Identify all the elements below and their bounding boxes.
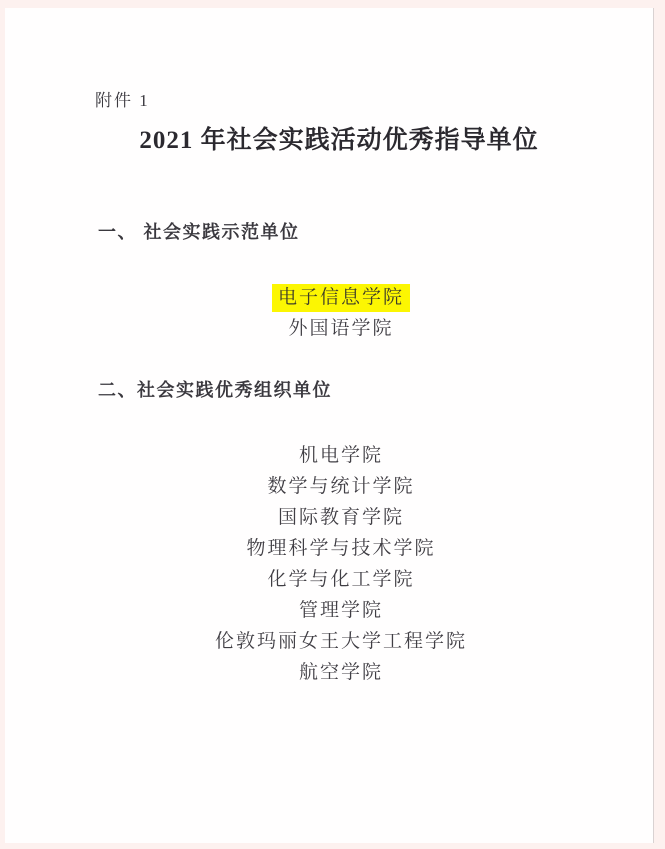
section: 一、 社会实践示范单位 电子信息学院 外国语学院 xyxy=(5,222,653,344)
list-item: 机电学院 xyxy=(29,440,653,471)
item-name: 机电学院 xyxy=(299,445,383,466)
section: 二、社会实践优秀组织单位 机电学院 数学与统计学院 国际教育学院 物理科学与技术… xyxy=(5,380,653,688)
item-name: 物理科学与技术学院 xyxy=(246,538,435,559)
list-item: 化学与化工学院 xyxy=(29,564,653,595)
section-items: 机电学院 数学与统计学院 国际教育学院 物理科学与技术学院 化学与化工学院 管理… xyxy=(5,440,653,688)
section-heading: 二、社会实践优秀组织单位 xyxy=(98,380,653,400)
list-item: 物理科学与技术学院 xyxy=(29,533,653,564)
section-heading: 一、 社会实践示范单位 xyxy=(98,222,653,242)
list-item: 管理学院 xyxy=(29,595,653,626)
document-page: 附件 1 2021 年社会实践活动优秀指导单位 一、 社会实践示范单位 电子信息… xyxy=(5,8,654,843)
section-items: 电子信息学院 外国语学院 xyxy=(5,282,653,344)
item-name: 航空学院 xyxy=(299,662,383,683)
list-item: 数学与统计学院 xyxy=(29,471,653,502)
list-item: 国际教育学院 xyxy=(29,502,653,533)
page-title: 2021 年社会实践活动优秀指导单位 xyxy=(5,120,653,156)
list-item: 外国语学院 xyxy=(29,313,653,344)
item-name: 管理学院 xyxy=(299,600,383,621)
scanned-document: 附件 1 2021 年社会实践活动优秀指导单位 一、 社会实践示范单位 电子信息… xyxy=(0,0,665,849)
item-name: 电子信息学院 xyxy=(272,284,410,312)
item-name: 化学与化工学院 xyxy=(267,569,414,590)
list-item: 航空学院 xyxy=(29,657,653,688)
item-name: 数学与统计学院 xyxy=(267,476,414,497)
attachment-label: 附件 1 xyxy=(95,86,150,111)
item-name: 伦敦玛丽女王大学工程学院 xyxy=(215,631,467,652)
list-item: 电子信息学院 xyxy=(29,282,653,313)
item-name: 外国语学院 xyxy=(288,318,393,339)
item-name: 国际教育学院 xyxy=(278,507,404,528)
list-item: 伦敦玛丽女王大学工程学院 xyxy=(29,626,653,657)
